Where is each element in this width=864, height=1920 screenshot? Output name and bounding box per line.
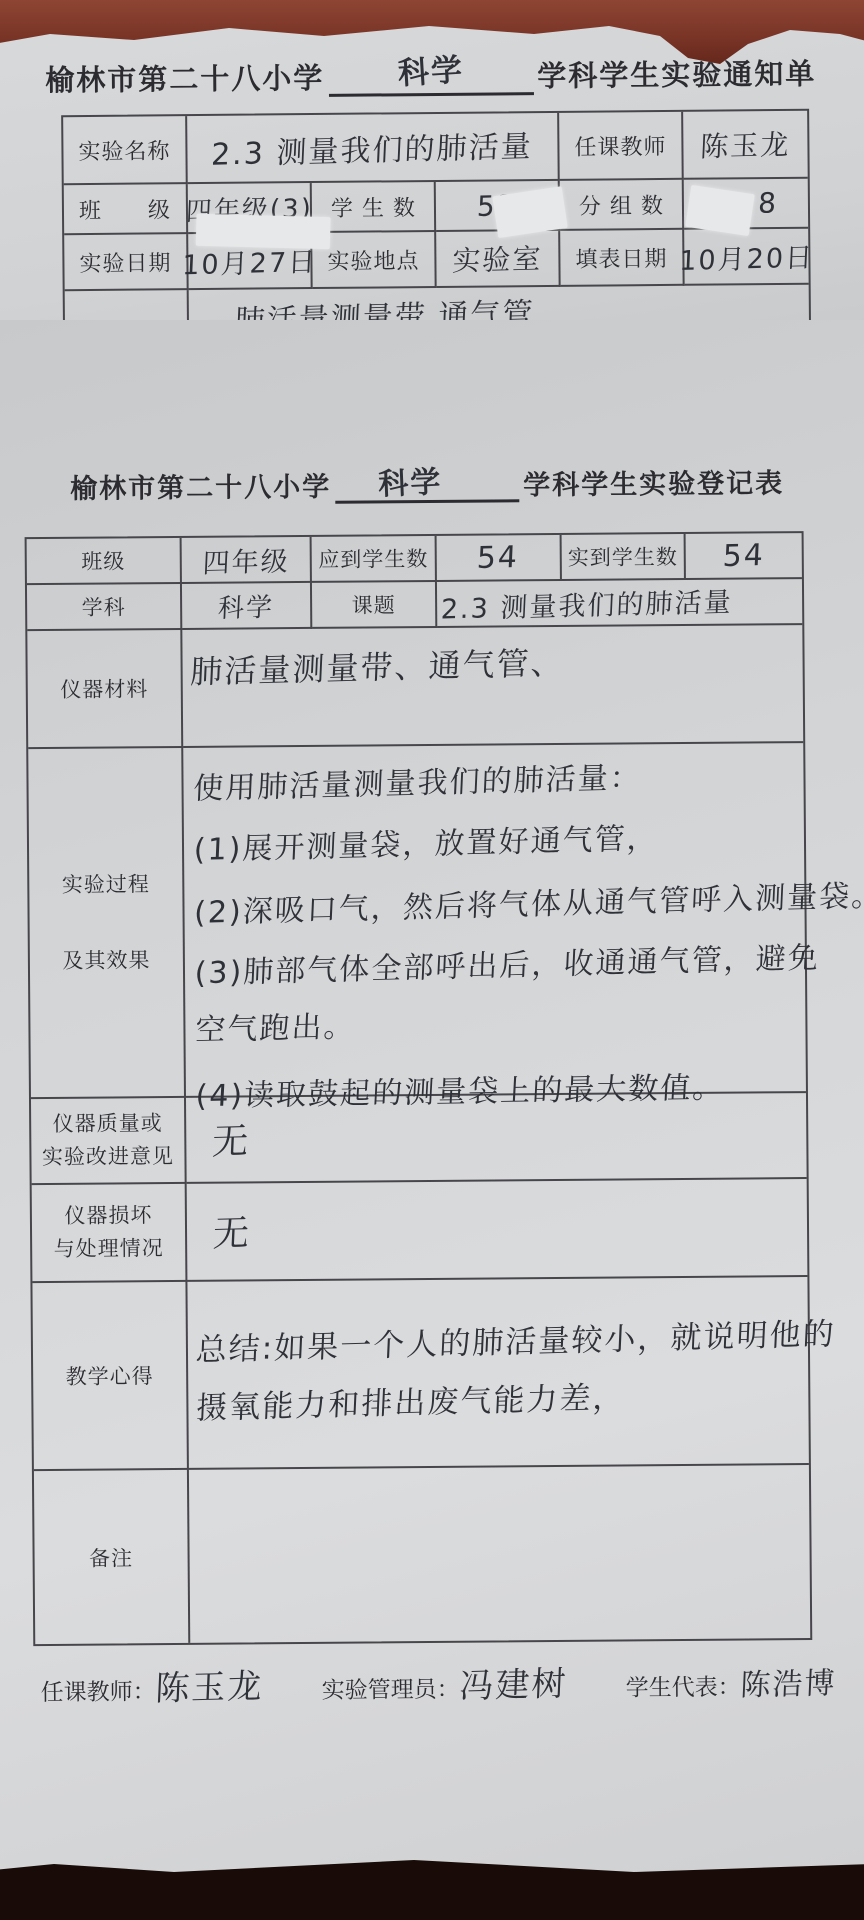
notice-student-count-label: 学生数 — [312, 182, 436, 233]
notice-class-label: 班 级 — [64, 184, 188, 235]
register-subject-underline: 科学 — [335, 457, 519, 503]
register-title-suffix: 学科学生实验登记表 — [523, 468, 784, 500]
handwritten-text: 54 — [476, 539, 520, 575]
notice-fill-date-value: 10月20日 — [684, 229, 808, 286]
handwritten-text: 陈玉龙 — [154, 1658, 264, 1710]
register-subject-label: 学科 — [27, 584, 182, 631]
register-topic-value: 2.3 测量我们的肺活量 — [437, 579, 802, 628]
handwritten-text: 2.3 测量我们的肺活量 — [211, 121, 534, 173]
handwritten-text: 使用肺活量测量我们的肺活量： — [192, 750, 643, 817]
teacher-signature: 陈玉龙 — [155, 1659, 263, 1709]
handwritten-text: 陈浩博 — [740, 1658, 838, 1704]
handwritten-text: 无 — [211, 1113, 251, 1165]
register-actual-count-value: 54 — [686, 533, 802, 580]
register-title-prefix: 榆林市第二十八小学 — [70, 472, 331, 504]
handwritten-text: 摄氧能力和排出废气能力差， — [195, 1371, 627, 1436]
register-damage-label: 仪器损坏 与处理情况 — [32, 1184, 188, 1283]
register-form-content: 榆林市第二十八小学科学学科学生实验登记表 班级 四年级 应到学生数 54 实到学… — [0, 317, 864, 1880]
notice-teacher-label: 任课教师 — [559, 112, 684, 181]
handwritten-line: (1)展开测量袋，放置好通气管， — [194, 815, 659, 880]
notice-subject-underline: 科学 — [328, 45, 533, 97]
label-line: 仪器损坏 — [64, 1199, 152, 1233]
register-table: 班级 四年级 应到学生数 54 实到学生数 54 学科 科学 课题 2.3 测量… — [25, 531, 813, 1646]
teacher-signature-label: 任课教师： — [41, 1673, 156, 1707]
register-insights-label: 教学心得 — [32, 1282, 188, 1471]
register-process-label: 实验过程 及其效果 — [28, 748, 186, 1099]
register-quality-label: 仪器质量或 实验改进意见 — [31, 1098, 187, 1185]
notice-experiment-name-value: 2.3 测量我们的肺活量 — [187, 113, 560, 184]
register-damage-value: 无 — [187, 1179, 808, 1282]
handwritten-text: 空气跑出。 — [194, 999, 357, 1059]
register-remarks-value — [189, 1465, 810, 1643]
handwritten-text: 54 — [722, 537, 766, 573]
register-class-value: 四年级 — [182, 537, 313, 584]
register-equipment-value: 肺活量测量带、通气管、 — [182, 625, 803, 748]
notice-group-count-label: 分组数 — [560, 180, 684, 231]
register-expected-count-value: 54 — [437, 535, 562, 582]
handwritten-text: 总结:如果一个人的肺活量较小，就说明他的 — [194, 1307, 836, 1377]
handwritten-text: (1)展开测量袋，放置好通气管， — [193, 811, 660, 879]
handwritten-text: 无 — [212, 1205, 252, 1257]
handwritten-text: 实验室 — [451, 237, 543, 279]
register-expected-count-label: 应到学生数 — [312, 536, 437, 583]
notice-date-label: 实验日期 — [64, 234, 188, 291]
handwritten-line: 空气跑出。 — [195, 1001, 355, 1063]
label-line: 仪器质量或 — [53, 1107, 163, 1141]
label-line: 实验改进意见 — [42, 1140, 174, 1174]
label-line: 实验过程 — [62, 869, 150, 900]
photo-scene: 榆林市第二十八小学科学学科学生实验通知单 实验名称 2.3 测量我们的肺活量 任… — [0, 0, 864, 1920]
handwritten-text: 四年级 — [201, 539, 290, 580]
register-process-value: 使用肺活量测量我们的肺活量： (1)展开测量袋，放置好通气管， (2)深吸口气，… — [183, 743, 806, 1098]
signature-row: 任课教师： 陈玉龙 实验管理员： 冯建树 学生代表： 陈浩博 — [40, 1655, 854, 1710]
register-actual-count-label: 实到学生数 — [561, 534, 686, 581]
register-form-title: 榆林市第二十八小学科学学科学生实验登记表 — [0, 455, 864, 507]
handwritten-text: 2.3 测量我们的肺活量 — [440, 580, 734, 626]
handwritten-text: 10月20日 — [678, 235, 815, 278]
handwritten-line: (3)肺部气体全部呼出后，收通通气管，避免 — [195, 936, 820, 1002]
handwritten-text: 科学 — [217, 586, 275, 624]
handwritten-line: 总结:如果一个人的肺活量较小，就说明他的 — [196, 1313, 836, 1378]
handwritten-text: (3)肺部气体全部呼出后，收通通气管，避免 — [193, 930, 821, 1002]
notice-title-prefix: 榆林市第二十八小学 — [45, 63, 324, 97]
manager-signature: 冯建树 — [459, 1657, 567, 1707]
register-insights-value: 总结:如果一个人的肺活量较小，就说明他的 摄氧能力和排出废气能力差， — [187, 1277, 808, 1470]
register-form-paper: 榆林市第二十八小学科学学科学生实验登记表 班级 四年级 应到学生数 54 实到学… — [0, 320, 864, 1876]
handwritten-text: 陈玉龙 — [699, 123, 791, 165]
handwritten-line: 使用肺活量测量我们的肺活量： — [193, 754, 641, 819]
register-class-label: 班级 — [27, 538, 182, 585]
handwritten-text: 冯建树 — [458, 1656, 568, 1708]
handwritten-text: (2)深吸口气，然后将气体从通气管呼入测量袋。 — [193, 868, 864, 941]
register-subject-value: 科学 — [182, 583, 313, 630]
student-signature-label: 学生代表： — [625, 1669, 740, 1703]
student-signature: 陈浩博 — [740, 1659, 836, 1704]
label-line: 及其效果 — [62, 945, 150, 976]
register-topic-label: 课题 — [312, 582, 437, 629]
handwritten-line: (4)读取鼓起的测量袋上的最大数值。 — [196, 1059, 725, 1124]
handwritten-text: 肺活量测量带、通气管、 — [189, 638, 565, 693]
notice-subject-handwritten: 科学 — [396, 44, 465, 93]
manager-signature-label: 实验管理员： — [322, 1671, 460, 1705]
notice-location-label: 实验地点 — [312, 232, 436, 289]
notice-location-value: 实验室 — [436, 231, 560, 288]
correction-tape — [196, 214, 331, 249]
register-remarks-label: 备注 — [34, 1470, 190, 1644]
handwritten-text: (4)读取鼓起的测量袋上的最大数值。 — [194, 1060, 726, 1125]
handwritten-line: (2)深吸口气，然后将气体从通气管呼入测量袋。 — [194, 874, 864, 940]
handwritten-line: 摄氧能力和排出废气能力差， — [196, 1374, 625, 1437]
register-equipment-label: 仪器材料 — [27, 630, 183, 749]
register-subject-handwritten: 科学 — [377, 457, 443, 504]
notice-fill-date-label: 填表日期 — [560, 230, 684, 287]
notice-teacher-value: 陈玉龙 — [683, 111, 808, 180]
notice-experiment-name-label: 实验名称 — [63, 116, 188, 185]
label-line: 与处理情况 — [54, 1232, 164, 1266]
notice-title-suffix: 学科学生实验通知单 — [537, 59, 816, 93]
